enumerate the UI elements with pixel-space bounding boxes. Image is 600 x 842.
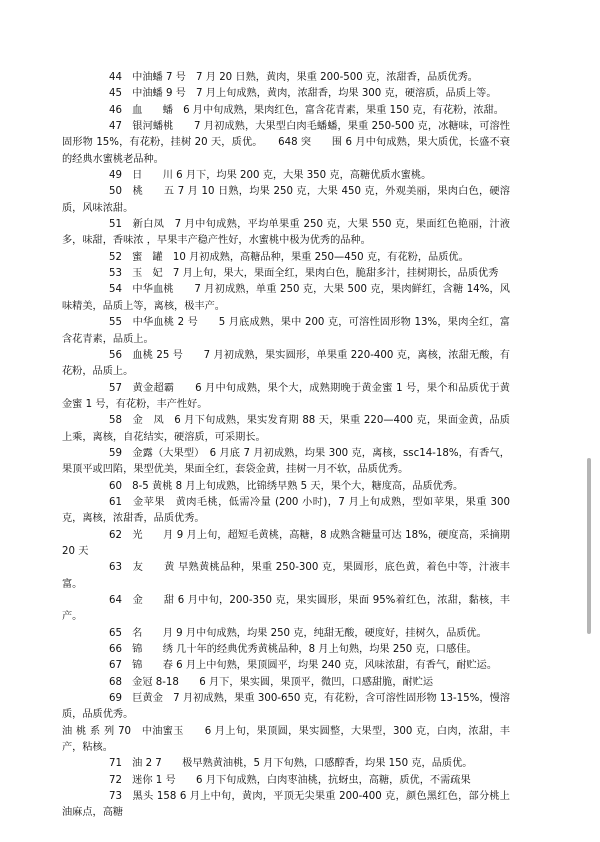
paragraph-52: 52 蜜 罐 10 月初成熟，高糖品种，果重 250—450 克，有花粉，品质优… xyxy=(62,250,510,266)
paragraph-44: 44 中油蟠 7 号 7 月 20 日熟，黄肉，果重 200-500 克，浓甜香… xyxy=(62,70,510,86)
paragraph-70: 油 桃 系 列 70 中油蜜玉 6 月上旬，果顶圆，果实圆整，大果型，300 克… xyxy=(62,724,510,757)
paragraph-54: 54 中华血桃 7 月初成熟，单重 250 克，大果 500 克，果肉鲜红，含糖… xyxy=(62,282,510,315)
paragraph-49: 49 日 川 6 月下，均果 200 克，大果 350 克，高糖优质水蜜桃。 xyxy=(62,168,510,184)
paragraph-62: 62 光 月 9 月上旬，超短毛黄桃，高糖，8 成熟含糖量可达 18%，硬度高，… xyxy=(62,528,510,561)
paragraph-65: 65 名 月 9 月中旬成熟，均果 250 克，纯甜无酸，硬度好，挂树久，品质优… xyxy=(62,626,510,642)
paragraph-67: 67 锦 春 6 月上中旬熟，果顶圆平，均果 240 克，风味浓甜，有香气，耐贮… xyxy=(62,658,510,674)
paragraph-63: 63 友 黄 早熟黄桃品种，果重 250-300 克，果圆形，底色黄，着色中等，… xyxy=(62,560,510,593)
paragraph-46: 46 血 蟠 6 月中旬成熟，果肉红色，富含花青素，果重 150 克，有花粉，浓… xyxy=(62,103,510,119)
document-page: 44 中油蟠 7 号 7 月 20 日熟，黄肉，果重 200-500 克，浓甜香… xyxy=(62,70,510,822)
paragraph-51: 51 新白凤 7 月中旬成熟，平均单果重 250 克，大果 550 克，果面红色… xyxy=(62,217,510,250)
paragraph-45: 45 中油蟠 9 号 7 月上旬成熟，黄肉，浓甜香，均果 300 克，硬溶质，品… xyxy=(62,86,510,102)
paragraph-47: 47 银河蟠桃 7 月初成熟，大果型白肉毛蟠蟠，果重 250-500 克，冰糖味… xyxy=(62,119,510,168)
paragraph-58: 58 金 凤 6 月下旬成熟，果实发育期 88 天，果重 220—400 克，果… xyxy=(62,413,510,446)
paragraph-72: 72 迷你 1 号 6 月下旬成熟，白肉枣油桃，抗蚜虫，高糖，质优，不需疏果 xyxy=(62,773,510,789)
paragraph-57: 57 黄金超霸 6 月中旬成熟，果个大，成熟期晚于黄金蜜 1 号，果个和品质优于… xyxy=(62,381,510,414)
vertical-scrollbar-thumb[interactable] xyxy=(587,458,591,634)
paragraph-53: 53 玉 妃 7 月上旬，果大，果面全红，果肉白色，脆甜多汁，挂树期长，品质优秀 xyxy=(62,266,510,282)
paragraph-69: 69 巨黄金 7 月初成熟，果重 300-650 克，有花粉，含可溶性固形物 1… xyxy=(62,691,510,724)
paragraph-71: 71 油 2 7 极早熟黄油桃，5 月下旬熟，口感醇香，均果 150 克，品质优… xyxy=(62,756,510,772)
paragraph-55: 55 中华血桃 2 号 5 月底成熟，果中 200 克，可溶性固形物 13%，果… xyxy=(62,315,510,348)
paragraph-68: 68 金冠 8-18 6 月下，果实圆，果顶平，微凹，口感甜脆，耐贮运 xyxy=(62,675,510,691)
paragraph-56: 56 血桃 25 号 7 月初成熟，果实圆形，单果重 220-400 克，离核，… xyxy=(62,348,510,381)
paragraph-60: 60 8-5 黄桃 8 月上旬成熟，比锦绣早熟 5 天，果个大，糖度高，品质优秀… xyxy=(62,479,510,495)
paragraph-50: 50 桃 五 7 月 10 日熟，均果 250 克，大果 450 克，外观美丽，… xyxy=(62,184,510,217)
paragraph-66: 66 锦 绣 几十年的经典优秀黄桃品种，8 月上旬熟，均果 250 克，口感佳。 xyxy=(62,642,510,658)
paragraph-73: 73 黑头 158 6 月上中旬，黄肉，平顶无尖果重 200-400 克，颜色黑… xyxy=(62,789,510,822)
paragraph-59: 59 金露（大果型） 6 月底 7 月初成熟，均果 300 克，离核，ssc14… xyxy=(62,446,510,479)
paragraph-61: 61 金苹果 黄肉毛桃，低需冷量 (200 小时)，7 月上旬成熟，型如苹果，果… xyxy=(62,495,510,528)
paragraph-64: 64 金 甜 6 月中旬，200-350 克，果实圆形，果面 95%着红色，浓甜… xyxy=(62,593,510,626)
